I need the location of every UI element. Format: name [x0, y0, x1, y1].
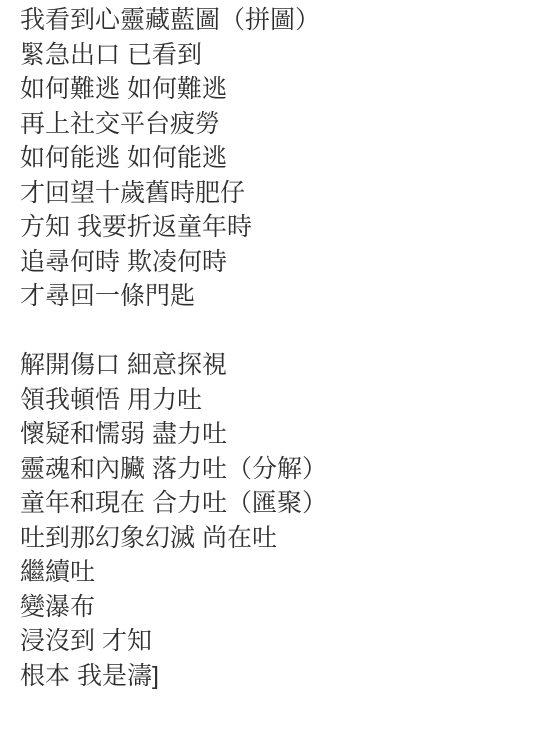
- lyric-line: 追尋何時 欺凌何時: [20, 245, 524, 280]
- lyric-line: 繼續吐: [20, 555, 524, 590]
- lyric-line: 如何能逃 如何能逃: [20, 141, 524, 176]
- lyric-line: 吐到那幻象幻滅 尚在吐: [20, 521, 524, 556]
- lyric-line: 變瀑布: [20, 590, 524, 625]
- lyric-line: 才尋回一條門匙: [20, 279, 524, 314]
- lyric-line: 靈魂和內臟 落力吐（分解）: [20, 452, 524, 487]
- lyric-line: 我看到心靈藏藍圖（拼圖）: [20, 3, 524, 38]
- lyric-line: 緊急出口 已看到: [20, 38, 524, 73]
- lyric-line: 根本 我是濤]: [20, 659, 524, 694]
- lyric-line: 懷疑和懦弱 盡力吐: [20, 417, 524, 452]
- lyric-line: 再上社交平台疲勞: [20, 107, 524, 142]
- lyric-line: 才回望十歲舊時肥仔: [20, 176, 524, 211]
- lyric-line: 解開傷口 細意探視: [20, 348, 524, 383]
- lyrics-text: 我看到心靈藏藍圖（拼圖）緊急出口 已看到如何難逃 如何難逃再上社交平台疲勞如何能…: [20, 3, 524, 693]
- lyric-line: 浸沒到 才知: [20, 624, 524, 659]
- lyric-line: 方知 我要折返童年時: [20, 210, 524, 245]
- lyric-line: 童年和現在 合力吐（匯聚）: [20, 486, 524, 521]
- lyric-line: 領我頓悟 用力吐: [20, 383, 524, 418]
- lyric-line: 如何難逃 如何難逃: [20, 72, 524, 107]
- lyrics-page: 我看到心靈藏藍圖（拼圖）緊急出口 已看到如何難逃 如何難逃再上社交平台疲勞如何能…: [0, 0, 540, 729]
- lyric-line: [20, 314, 524, 349]
